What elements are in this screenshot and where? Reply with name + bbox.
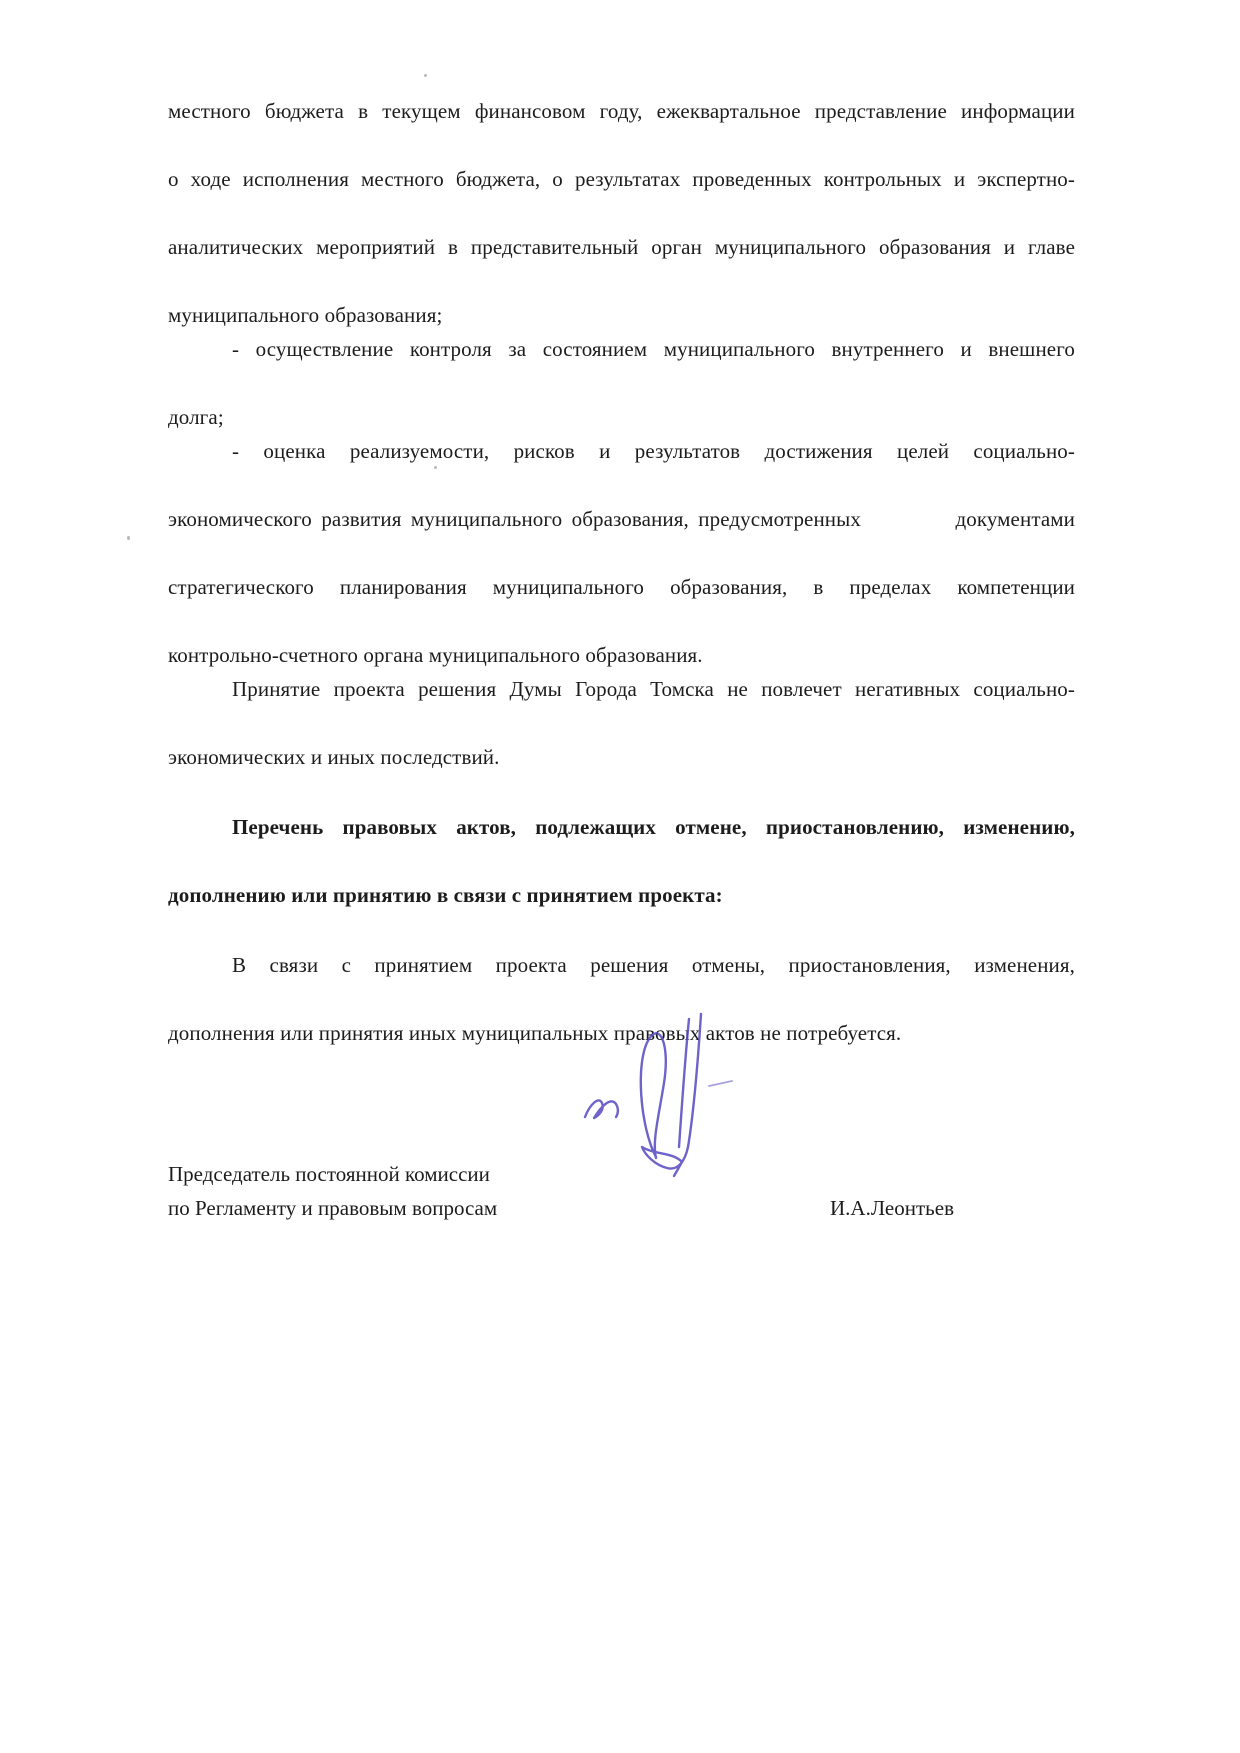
paragraph-line: долга; (168, 400, 1075, 434)
paragraph-line: экономического развития муниципального о… (168, 502, 1075, 570)
scan-speck (434, 466, 437, 469)
paragraph-line: о ходе исполнения местного бюджета, о ре… (168, 162, 1075, 230)
paragraph-p1: местного бюджета в текущем финансовом го… (168, 94, 1075, 332)
paragraph-p4: Принятие проекта решения Думы Города Том… (168, 672, 1075, 774)
document-page: местного бюджета в текущем финансовом го… (0, 0, 1240, 1753)
paragraph-line: муниципального образования; (168, 298, 1075, 332)
paragraph-line: - оценка реализуемости, рисков и результ… (168, 434, 1075, 502)
paragraph-line: - осуществление контроля за состоянием м… (168, 332, 1075, 400)
paragraph-p2: - осуществление контроля за состоянием м… (168, 332, 1075, 434)
signature-ink (575, 1005, 755, 1180)
paragraph-line: стратегического планирования муниципальн… (168, 570, 1075, 638)
paragraph-line: Перечень правовых актов, подлежащих отме… (168, 810, 1075, 878)
paragraph-line: Принятие проекта решения Думы Города Том… (168, 672, 1075, 740)
paragraph-line: экономических и иных последствий. (168, 740, 1075, 774)
signer-name: И.А.Леонтьев (830, 1191, 954, 1225)
paragraph-p3: - оценка реализуемости, рисков и результ… (168, 434, 1075, 672)
paragraph-heading: Перечень правовых актов, подлежащих отме… (168, 810, 1075, 912)
paragraph-line: контрольно-счетного органа муниципальног… (168, 638, 1075, 672)
paragraph-line: дополнению или принятию в связи с принят… (168, 878, 1075, 912)
paragraph-line: местного бюджета в текущем финансовом го… (168, 94, 1075, 162)
document-body: местного бюджета в текущем финансовом го… (168, 94, 1075, 1050)
signature-block: Председатель постоянной комиссии по Регл… (168, 1050, 1075, 1225)
document-content: местного бюджета в текущем финансовом го… (168, 94, 1075, 1225)
scan-speck (127, 536, 130, 540)
paragraph-line: аналитических мероприятий в представител… (168, 230, 1075, 298)
scan-speck (424, 74, 427, 77)
